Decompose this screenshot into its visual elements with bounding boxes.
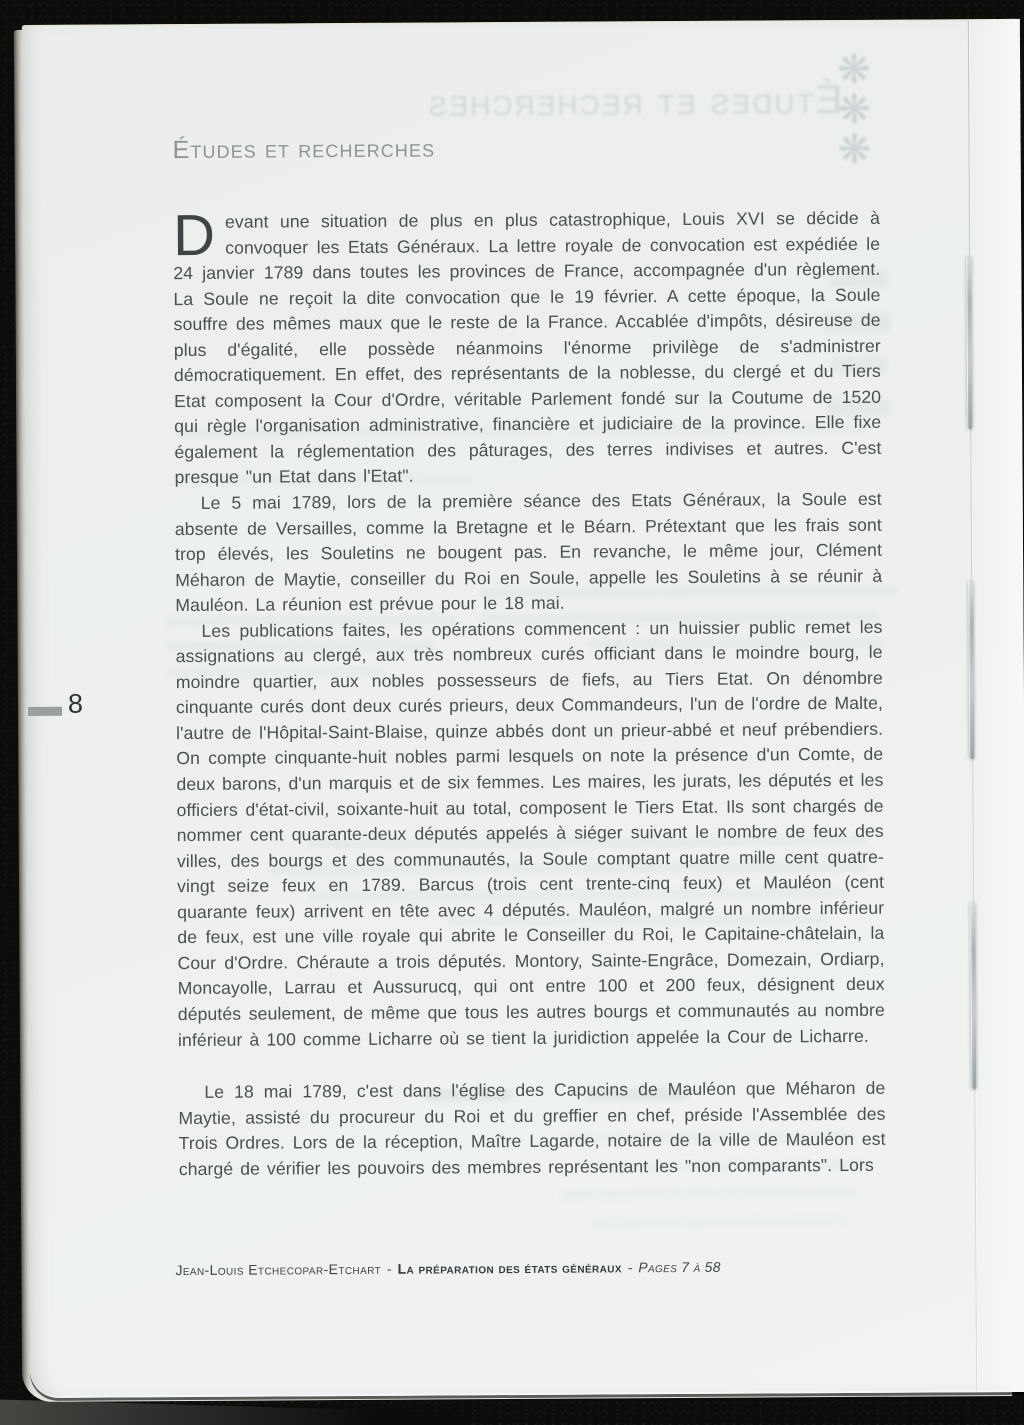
- footer-title: La préparation des états généraux: [398, 1259, 622, 1276]
- paragraph-1: Devant une situation de plus en plus cat…: [173, 206, 882, 491]
- article-body: Devant une situation de plus en plus cat…: [173, 206, 886, 1183]
- paragraph-1-text: evant une situation de plus en plus cata…: [173, 208, 881, 488]
- footer-line: Jean-Louis Etchecopar-Etchart - La prépa…: [175, 1258, 855, 1278]
- staple-icon: [966, 257, 972, 429]
- footer-separator: -: [381, 1261, 398, 1277]
- paragraph-4: Le 18 mai 1789, c'est dans l'église des …: [178, 1076, 886, 1183]
- section-header: Études et recherches: [172, 134, 435, 165]
- staple-icon: [968, 581, 974, 759]
- footer-author: Jean-Louis Etchecopar-Etchart: [175, 1261, 381, 1278]
- footer-separator: -: [622, 1259, 639, 1275]
- footer-pages: Pages 7 à 58: [638, 1259, 721, 1276]
- ghost-showthrough-line: [559, 1188, 859, 1200]
- page-sheet: Études et recherches ❋❋❋ Études et reche…: [22, 19, 1024, 1398]
- ghost-showthrough-line: [589, 1216, 849, 1228]
- drop-cap: D: [173, 210, 225, 259]
- page-number-bar: [28, 707, 62, 716]
- page-number: 8: [68, 689, 83, 720]
- paragraph-3: Les publications faites, les opérations …: [175, 615, 885, 1054]
- ghost-showthrough-title: Études et recherches: [442, 78, 842, 132]
- fleuron-ornament-icon: ❋❋❋: [828, 50, 881, 172]
- paragraph-2: Le 5 mai 1789, lors de la première séanc…: [175, 487, 883, 619]
- fold-brightness: [969, 19, 1024, 1392]
- scan-background: { "header": { "label": "Études et recher…: [0, 0, 1024, 1425]
